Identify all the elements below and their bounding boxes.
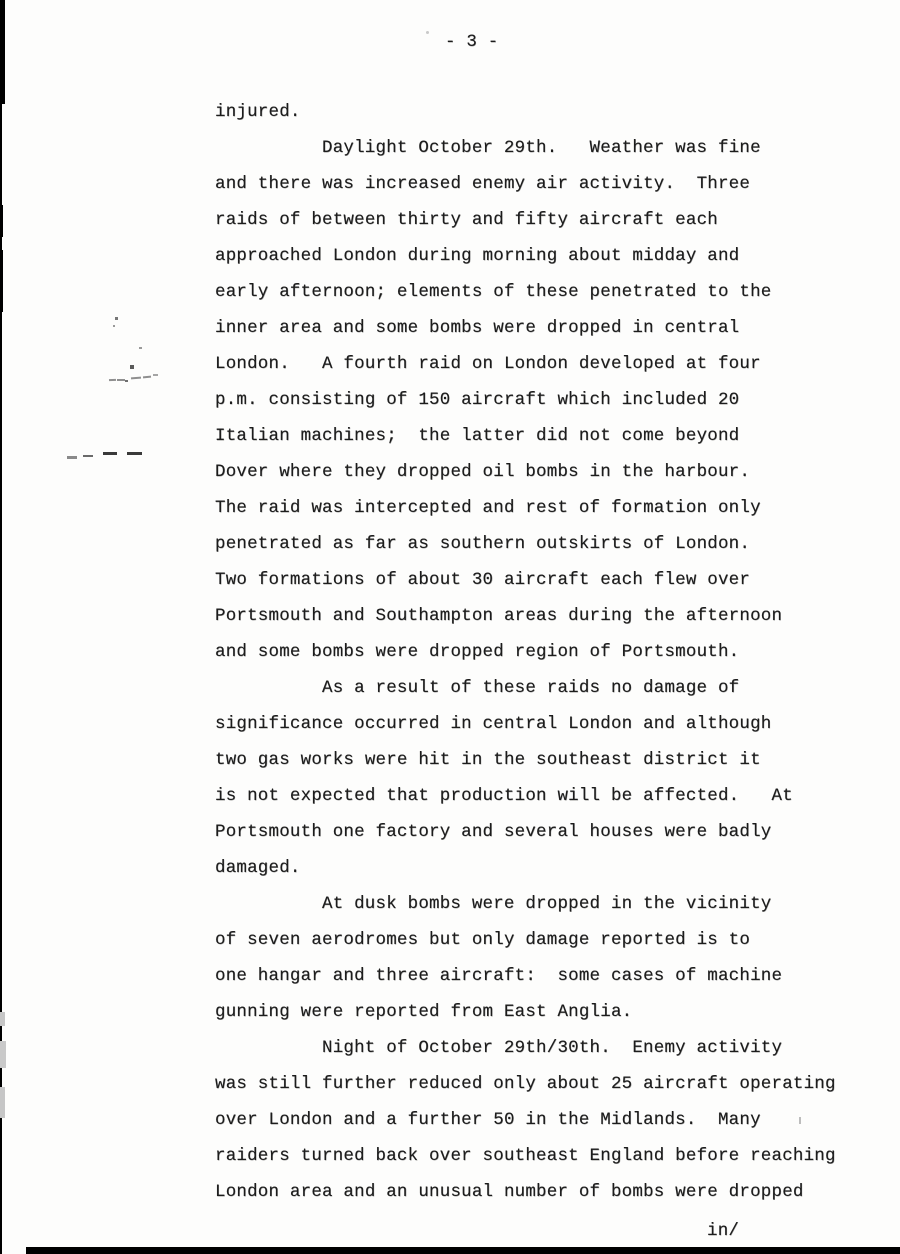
text-line: is not expected that production will be … xyxy=(215,778,875,814)
text-line: London. A fourth raid on London develope… xyxy=(215,346,875,382)
catchword: in/ xyxy=(707,1221,739,1241)
text-line: two gas works were hit in the southeast … xyxy=(215,742,875,778)
pencil-mark-dot xyxy=(139,347,142,349)
text-line: Portsmouth one factory and several house… xyxy=(215,814,875,850)
text-line: of seven aerodromes but only damage repo… xyxy=(215,922,875,958)
text-line: Daylight October 29th. Weather was fine xyxy=(215,130,875,166)
text-line: Night of October 29th/30th. Enemy activi… xyxy=(215,1030,875,1066)
margin-dash xyxy=(127,452,142,455)
text-line: Dover where they dropped oil bombs in th… xyxy=(215,454,875,490)
pencil-mark-dot xyxy=(113,325,115,327)
text-line: As a result of these raids no damage of xyxy=(215,670,875,706)
text-line: London area and an unusual number of bom… xyxy=(215,1174,875,1210)
page-number: - 3 - xyxy=(445,32,499,52)
text-line: and some bombs were dropped region of Po… xyxy=(215,634,875,670)
margin-dash xyxy=(67,456,77,459)
pencil-scribble-dash xyxy=(109,379,116,381)
text-line: Italian machines; the latter did not com… xyxy=(215,418,875,454)
pencil-mark-dot xyxy=(115,317,118,320)
text-line: significance occurred in central London … xyxy=(215,706,875,742)
text-line: At dusk bombs were dropped in the vicini… xyxy=(215,886,875,922)
pencil-mark-tick xyxy=(130,365,134,369)
text-line: Portsmouth and Southampton areas during … xyxy=(215,598,875,634)
text-line: The raid was intercepted and rest of for… xyxy=(215,490,875,526)
document-page: - 3 - injured.Daylight October 29th. Wea… xyxy=(0,0,900,1254)
edge-smudge xyxy=(0,1012,5,1026)
text-line: early afternoon; elements of these penet… xyxy=(215,274,875,310)
text-line: Two formations of about 30 aircraft each… xyxy=(215,562,875,598)
scan-speck xyxy=(426,31,429,34)
text-line: over London and a further 50 in the Midl… xyxy=(215,1102,875,1138)
scan-edge-bottom-bar xyxy=(26,1247,900,1254)
text-line: gunning were reported from East Anglia. xyxy=(215,994,875,1030)
scan-edge-left-segment xyxy=(0,250,3,312)
text-line: raiders turned back over southeast Engla… xyxy=(215,1138,875,1174)
pencil-scribble-dash xyxy=(153,374,158,376)
scan-edge-left-top-bar xyxy=(0,0,5,104)
margin-dash xyxy=(83,455,93,457)
pencil-scribble-dash xyxy=(143,376,151,379)
text-line: was still further reduced only about 25 … xyxy=(215,1066,875,1102)
text-line: raids of between thirty and fifty aircra… xyxy=(215,202,875,238)
text-line: injured. xyxy=(215,94,875,130)
edge-smudge xyxy=(0,1041,6,1068)
pencil-scribble-dash xyxy=(117,379,125,381)
text-line: inner area and some bombs were dropped i… xyxy=(215,310,875,346)
edge-smudge xyxy=(0,1087,5,1118)
text-line: and there was increased enemy air activi… xyxy=(215,166,875,202)
text-line: one hangar and three aircraft: some case… xyxy=(215,958,875,994)
report-body: injured.Daylight October 29th. Weather w… xyxy=(215,94,875,1210)
text-line: penetrated as far as southern outskirts … xyxy=(215,526,875,562)
text-line: damaged. xyxy=(215,850,875,886)
margin-dash xyxy=(103,452,117,455)
scan-edge-left-segment xyxy=(0,205,3,237)
text-line: p.m. consisting of 150 aircraft which in… xyxy=(215,382,875,418)
pencil-scribble-dash xyxy=(131,377,141,380)
pencil-scribble-dash xyxy=(125,380,128,382)
text-line: approached London during morning about m… xyxy=(215,238,875,274)
